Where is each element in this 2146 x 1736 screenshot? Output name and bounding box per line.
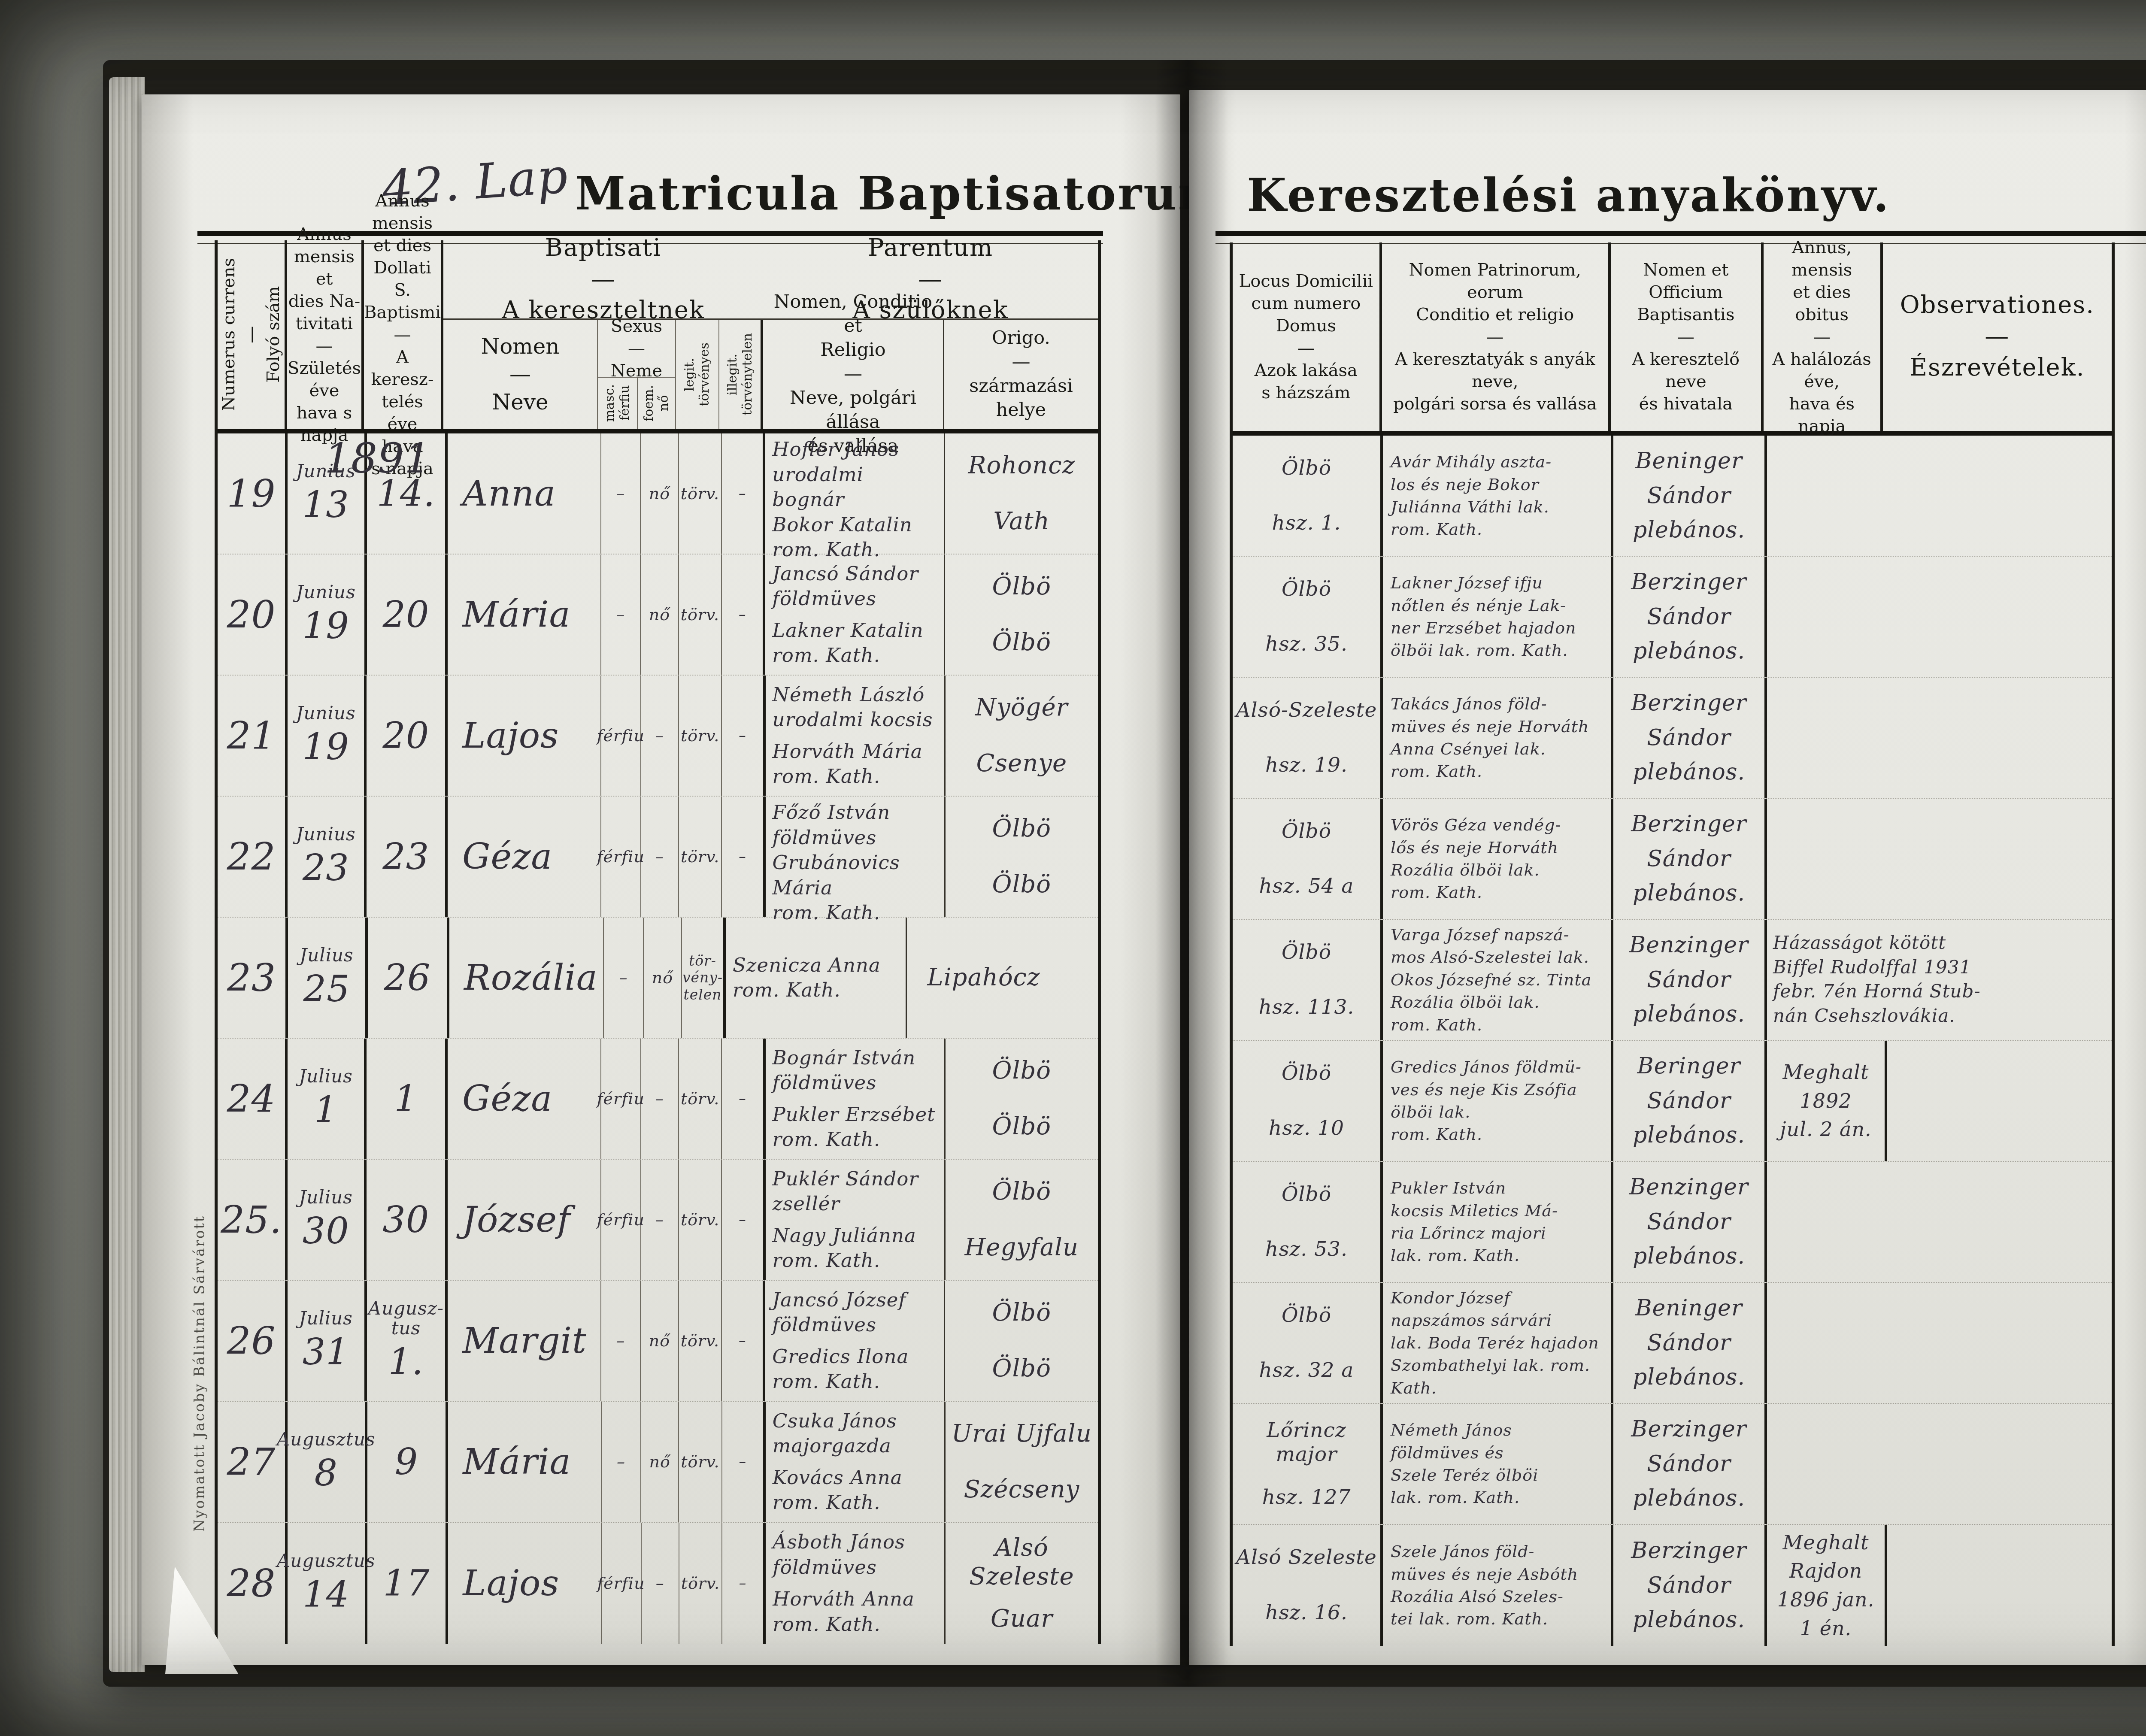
register-row: Ölbö hsz. 35. Lakner József ifju nőtlen … (1233, 557, 2112, 678)
sex-male-mark: – (601, 1281, 641, 1401)
register-row: 20 Junius 19 20 Mária – nő törv. – Jancs… (218, 554, 1098, 676)
col-origin-label: Origo. — származási helye (944, 326, 1098, 422)
row-number: 20 (218, 554, 288, 675)
baptism-date-cell: 17 (367, 1523, 448, 1644)
register-row: Ölbö hsz. 113. Varga József napszá- mos … (1233, 920, 2112, 1041)
col-observations-label: Observationes. — Észrevételek. (1900, 290, 2094, 383)
birth-month: Junius (296, 703, 356, 723)
residence-cell: Ölbö hsz. 53. (1233, 1162, 1383, 1282)
col-legitimate-label: legit. törvényes (682, 342, 712, 406)
col-illegitimate-label: illegit. törvénytelen (725, 333, 755, 415)
baptism-table-left: Numerus currens — Folyó szám Annus mensi… (215, 240, 1101, 1644)
col-baptism-date: Annus mensis et dies Dollati S. Baptismi… (364, 240, 443, 429)
parentum-group-body: Nomen, Conditio et Religio — Neve, polgá… (763, 320, 1098, 429)
sex-male-mark: férfiu (601, 676, 641, 796)
father-origin: Lipahócz (928, 963, 1040, 992)
row-number: 22 (218, 797, 288, 917)
birth-day: 30 (303, 1210, 349, 1252)
year-annotation: 1891 (324, 434, 431, 482)
illegitimate-mark: – (722, 1039, 765, 1159)
col-death: Annus, mensis et dies obitus — A haláloz… (1764, 242, 1883, 431)
illegitimate-mark: – (722, 1523, 766, 1644)
birth-day: 23 (303, 847, 349, 889)
house-number: hsz. 10 (1269, 1116, 1344, 1140)
baptized-name: Géza (448, 1039, 601, 1159)
baptisati-group-body: Nomen — Neve Sexus — Neme masc. férfiu f… (443, 320, 763, 429)
baptism-day: 9 (395, 1441, 418, 1483)
house-number: hsz. 16. (1265, 1601, 1348, 1625)
left-table-body: 19 1891 Junius 13 14. Anna – nő törv. – … (218, 433, 1098, 1644)
house-number: hsz. 32 a (1259, 1358, 1354, 1382)
mother-entry: Kovács Anna rom. Kath. (773, 1465, 942, 1515)
legitimate-mark: törv. (679, 1281, 722, 1401)
legitimate-mark: törv. (679, 433, 722, 554)
illegitimate-mark: – (722, 1160, 765, 1280)
baptism-date-cell: 20 (367, 676, 448, 796)
sex-female-mark: nő (641, 554, 679, 675)
death-note: Meghalt Rajdon 1896 jan. 1 én. (1767, 1525, 1887, 1646)
col-sex-male-label: masc. férfiu (603, 384, 632, 422)
parents-cell: Csuka János majorgazda Kovács Anna rom. … (766, 1402, 946, 1522)
birth-month: Augusztus (277, 1430, 375, 1449)
legitimate-mark: törv. (679, 797, 722, 917)
father-origin: Nyögér (975, 693, 1068, 722)
row-number: 19 (218, 433, 288, 554)
register-row: Ölbö hsz. 54 a Vörös Géza vendég- lős és… (1233, 799, 2112, 920)
birth-month: Augusztus (277, 1551, 375, 1571)
register-row: 21 Junius 19 20 Lajos férfiu – törv. – N… (218, 676, 1098, 797)
col-name: Nomen — Neve (443, 320, 598, 429)
legitimate-mark: törv. (679, 1039, 722, 1159)
baptizer-entry: Berzinger Sándor plebános. (1613, 678, 1767, 798)
illegitimate-mark: – (722, 676, 765, 796)
mother-origin: Ölbö (992, 1112, 1051, 1141)
baptism-day: 17 (383, 1562, 430, 1604)
godparents-entry: Szele János föld- müves és neje Asbóth R… (1383, 1525, 1613, 1646)
sex-female-mark: – (642, 1523, 679, 1644)
father-origin: Ölbö (992, 1056, 1051, 1085)
register-row: Ölbö hsz. 32 a Kondor József napszámos s… (1233, 1283, 2112, 1404)
birth-day: 8 (315, 1452, 338, 1494)
residence-cell: Lőrincz major hsz. 127 (1233, 1404, 1383, 1524)
birth-day: 25 (303, 968, 350, 1010)
baptism-table-right: Locus Domicilii cum numero Domus — Azok … (1230, 242, 2115, 1646)
mother-entry: Lakner Katalin rom. Kath. (772, 618, 941, 668)
residence-place: Alsó Szeleste (1236, 1545, 1377, 1569)
sex-group-body: masc. férfiu foem. nő (598, 378, 675, 429)
sex-female-mark: – (641, 797, 679, 917)
parents-cell: Jancsó József földmüves Gredics Ilona ro… (765, 1281, 945, 1401)
baptized-name: Rozália (449, 918, 604, 1038)
row-number: 26 (218, 1281, 288, 1401)
baptism-day: 1 (394, 1078, 418, 1120)
col-illegitimate: illegit. törvénytelen (719, 320, 763, 429)
legitimate-mark: törv. (679, 1160, 722, 1280)
right-page: Keresztelési anyakönyv. Locus Domicilii … (1189, 90, 2146, 1665)
origin-cell: Urai Ujfalu Szécseny (946, 1402, 1098, 1522)
row-number: 21 (218, 676, 288, 796)
birth-month: Julius (300, 945, 353, 965)
baptized-name: József (448, 1160, 601, 1280)
father-entry: Puklér Sándor zsellér (773, 1166, 942, 1217)
birth-date-cell: Junius 19 (288, 676, 367, 796)
col-baptizer: Nomen et Officium Baptisantis — A keresz… (1611, 242, 1764, 431)
parents-cell: Főző István földmüves Grubánovics Mária … (766, 797, 946, 917)
sex-male-mark: – (601, 433, 641, 554)
house-number: hsz. 54 a (1259, 874, 1354, 898)
baptizer-entry: Berzinger Sándor plebános. (1613, 1404, 1767, 1524)
baptisati-group-title: Baptisati — A kereszteltnek (443, 240, 763, 320)
mother-origin: Ölbö (992, 870, 1051, 899)
register-row: Ölbö hsz. 1. Avár Mihály aszta- los és n… (1233, 436, 2112, 557)
residence-place: Ölbö (1282, 577, 1331, 601)
illegitimate-mark: – (722, 433, 765, 554)
mother-origin: Vath (994, 507, 1050, 536)
baptizer-entry: Beninger Sándor plebános. (1613, 436, 1767, 556)
father-origin: Ölbö (992, 814, 1051, 843)
birth-month: Julius (299, 1066, 352, 1086)
baptized-name: Lajos (448, 676, 601, 796)
row-number: 27 (218, 1402, 288, 1522)
birth-date-cell: Augusztus 14 (288, 1523, 367, 1644)
right-table-header: Locus Domicilii cum numero Domus — Azok … (1233, 242, 2112, 436)
sex-female-mark: nő (644, 918, 682, 1038)
col-birth-label: Annus mensis et dies Na- tivitati — Szül… (287, 223, 361, 446)
house-number: hsz. 35. (1265, 632, 1348, 656)
baptism-day: 26 (384, 957, 431, 999)
sex-male-mark: férfiu (601, 1160, 641, 1280)
house-number: hsz. 127 (1262, 1485, 1351, 1509)
mother-origin: Szécseny (964, 1475, 1079, 1504)
illegitimate-mark: tör- vény- telen (682, 918, 726, 1038)
origin-cell: Ölbö Ölbö (945, 1281, 1098, 1401)
col-baptizer-label: Nomen et Officium Baptisantis — A keresz… (1611, 259, 1761, 415)
baptizer-entry: Berzinger Sándor plebános. (1613, 557, 1767, 677)
father-entry: Csuka János majorgazda (773, 1409, 942, 1459)
col-numerus-label: Numerus currens — Folyó szám (218, 258, 285, 411)
sex-female-mark: nő (641, 433, 679, 554)
baptized-name: Margit (448, 1281, 601, 1401)
origin-cell: Ölbö Ölbö (945, 554, 1098, 675)
birth-day: 1 (314, 1089, 337, 1131)
parents-cell: Bognár István földmüves Pukler Erzsébet … (766, 1039, 946, 1159)
godparents-entry: Németh János földmüves és Szele Teréz öl… (1383, 1404, 1613, 1524)
father-entry: Jancsó Sándor földmüves (772, 561, 941, 612)
father-entry: Bognár István földmüves (773, 1045, 942, 1096)
mother-origin: Ölbö (992, 628, 1051, 657)
baptized-name: Mária (448, 554, 601, 675)
baptized-name: Géza (448, 797, 601, 917)
sex-male-mark: férfiu (601, 1039, 641, 1159)
col-observations: Observationes. — Észrevételek. (1883, 242, 2112, 431)
residence-place: Lőrincz major (1267, 1418, 1346, 1467)
birth-day: 13 (303, 484, 349, 526)
sex-male-mark: – (604, 918, 644, 1038)
father-entry: Jancsó József földmüves (772, 1288, 941, 1338)
origin-cell: Alsó Szeleste Guar (946, 1523, 1098, 1644)
mother-entry: Gredics Ilona rom. Kath. (772, 1344, 941, 1394)
residence-place: Ölbö (1282, 456, 1331, 480)
col-sex-female-label: foem. nő (642, 385, 671, 421)
right-table-body: Ölbö hsz. 1. Avár Mihály aszta- los és n… (1233, 436, 2112, 1646)
page-stack-edge (109, 77, 145, 1672)
birth-month: Junius (296, 824, 356, 844)
birth-day: 14 (303, 1573, 349, 1615)
legitimate-mark: törv. (679, 554, 722, 675)
illegitimate-mark: – (722, 1281, 765, 1401)
sex-male-mark: férfiu (601, 797, 641, 917)
col-parent-names: Nomen, Conditio et Religio — Neve, polgá… (763, 320, 944, 429)
residence-place: Ölbö (1282, 1303, 1331, 1327)
birth-date-cell: Augusztus 8 (288, 1402, 367, 1522)
father-origin: Rohoncz (968, 451, 1075, 480)
baptized-name: Lajos (448, 1523, 601, 1644)
row-number: 28 (218, 1523, 288, 1644)
mother-entry: Horváth Mária rom. Kath. (773, 739, 942, 789)
father-origin: Alsó Szeleste (947, 1533, 1096, 1591)
baptism-day: 1. (388, 1341, 424, 1383)
register-row: Lőrincz major hsz. 127 Németh János föld… (1233, 1404, 2112, 1525)
sex-male-mark: – (601, 554, 641, 675)
legitimate-mark: törv. (679, 676, 722, 796)
father-origin: Ölbö (992, 1177, 1051, 1206)
birth-date-cell: 1891 Junius 13 (288, 433, 367, 554)
godparents-entry: Takács János föld- müves és neje Horváth… (1383, 678, 1613, 798)
birth-date-cell: Julius 1 (288, 1039, 367, 1159)
house-number: hsz. 1. (1272, 511, 1341, 535)
col-sex-male: masc. férfiu (598, 378, 638, 429)
residence-cell: Ölbö hsz. 10 (1233, 1041, 1383, 1161)
baptism-date-cell: 26 (368, 918, 449, 1038)
left-page: 42. Lap Matricula Baptisatorum. Nyomatot… (142, 94, 1180, 1665)
col-godparents-label: Nomen Patrinorum, eorum Conditio et reli… (1382, 259, 1608, 415)
row-number: 24 (218, 1039, 288, 1159)
baptism-date-cell: 30 (367, 1160, 448, 1280)
origin-cell: Rohoncz Vath (945, 433, 1098, 554)
birth-date-cell: Julius 30 (288, 1160, 367, 1280)
parentum-group: Parentum — A szülőknek Nomen, Conditio e… (763, 240, 1098, 429)
baptizer-entry: Berzinger Sándor plebános. (1613, 1525, 1767, 1646)
father-entry: Hofler János urodalmi bognár (772, 437, 941, 512)
sex-male-mark: – (602, 1402, 641, 1522)
residence-cell: Alsó Szeleste hsz. 16. (1233, 1525, 1383, 1646)
col-death-label: Annus, mensis et dies obitus — A haláloz… (1764, 236, 1880, 437)
baptism-date-cell: 1 (367, 1039, 448, 1159)
parents-cell: Németh László urodalmi kocsis Horváth Má… (766, 676, 946, 796)
mother-origin: Guar (991, 1604, 1053, 1633)
row-number: 23 (218, 918, 288, 1038)
residence-cell: Alsó-Szeleste hsz. 19. (1233, 678, 1383, 798)
register-row: 19 1891 Junius 13 14. Anna – nő törv. – … (218, 433, 1098, 554)
godparents-entry: Lakner József ifju nőtlen és nénje Lak- … (1383, 557, 1613, 677)
birth-day: 19 (303, 726, 349, 768)
godparents-entry: Gredics János földmü- ves és neje Kis Zs… (1383, 1041, 1613, 1161)
register-row: 28 Augusztus 14 17 Lajos férfiu – törv. … (218, 1523, 1098, 1644)
residence-place: Ölbö (1282, 1061, 1331, 1085)
col-sex: Sexus — Neme masc. férfiu foem. nő (598, 320, 676, 429)
baptized-name: Anna (448, 433, 601, 554)
mother-origin: Hegyfalu (965, 1233, 1079, 1262)
register-row: 25. Julius 30 30 József férfiu – törv. –… (218, 1160, 1098, 1281)
legitimate-mark: törv. (679, 1523, 722, 1644)
sex-female-mark: nő (641, 1281, 679, 1401)
col-birth-date: Annus mensis et dies Na- tivitati — Szül… (287, 240, 364, 429)
baptisati-group: Baptisati — A kereszteltnek Nomen — Neve… (443, 240, 763, 429)
residence-place: Ölbö (1282, 819, 1331, 843)
register-row: 23 Julius 25 26 Rozália – nő tör- vény- … (218, 918, 1098, 1039)
sex-group-title: Sexus — Neme (598, 320, 675, 378)
origin-cell: Ölbö Ölbö (946, 1039, 1098, 1159)
mother-entry: Grubánovics Mária rom. Kath. (773, 850, 942, 926)
illegitimate-mark: – (722, 554, 765, 675)
register-row: 27 Augusztus 8 9 Mária – nő törv. – Csuk… (218, 1402, 1098, 1523)
register-row: Alsó-Szeleste hsz. 19. Takács János föld… (1233, 678, 2112, 799)
parents-cell: Jancsó Sándor földmüves Lakner Katalin r… (765, 554, 945, 675)
sex-female-mark: – (641, 676, 679, 796)
baptizer-entry: Benzinger Sándor plebános. (1613, 920, 1767, 1040)
house-number: hsz. 113. (1259, 995, 1355, 1019)
father-origin: Ölbö (992, 1298, 1051, 1327)
illegitimate-mark: – (722, 797, 765, 917)
sex-female-mark: – (641, 1160, 679, 1280)
birth-date-cell: Julius 25 (288, 918, 368, 1038)
register-row: 22 Junius 23 23 Géza férfiu – törv. – Fő… (218, 797, 1098, 918)
origin-cell: Lipahócz (907, 918, 1061, 1038)
parents-cell: Puklér Sándor zsellér Nagy Juliánna rom.… (766, 1160, 946, 1280)
father-origin: Ölbö (992, 572, 1051, 601)
mother-entry: Horváth Anna rom. Kath. (773, 1587, 942, 1637)
baptism-date-cell: 9 (367, 1402, 449, 1522)
col-parent-names-label: Nomen, Conditio et Religio — Neve, polgá… (763, 290, 943, 458)
register-book: 42. Lap Matricula Baptisatorum. Nyomatot… (103, 60, 2146, 1687)
father-entry: Főző István földmüves (773, 800, 942, 850)
parents-cell: Szenicza Anna rom. Kath. (726, 918, 907, 1038)
right-page-title: Keresztelési anyakönyv. (1247, 168, 1891, 222)
sex-female-mark: nő (641, 1402, 679, 1522)
origin-cell: Ölbö Hegyfalu (946, 1160, 1098, 1280)
sex-male-mark: férfiu (602, 1523, 642, 1644)
residence-place: Ölbö (1282, 940, 1331, 964)
baptism-date-cell: Augusz- tus 1. (367, 1281, 448, 1401)
birth-date-cell: Julius 31 (288, 1281, 367, 1401)
birth-date-cell: Junius 19 (288, 554, 367, 675)
mother-origin: Csenye (976, 749, 1067, 778)
residence-cell: Ölbö hsz. 1. (1233, 436, 1383, 556)
father-origin: Urai Ujfalu (952, 1419, 1092, 1448)
godparents-entry: Varga József napszá- mos Alsó-Szelestei … (1383, 920, 1613, 1040)
birth-date-cell: Junius 23 (288, 797, 367, 917)
col-numerus: Numerus currens — Folyó szám (218, 240, 287, 429)
birth-month: Julius (299, 1188, 352, 1207)
godparents-entry: Pukler István kocsis Miletics Má- ria Lő… (1383, 1162, 1613, 1282)
parents-cell: Ásboth János földmüves Horváth Anna rom.… (766, 1523, 946, 1644)
origin-cell: Nyögér Csenye (946, 676, 1098, 796)
left-table-header: Numerus currens — Folyó szám Annus mensi… (218, 240, 1098, 433)
baptism-date-cell: 20 (367, 554, 448, 675)
father-entry: Szenicza Anna rom. Kath. (733, 953, 903, 1003)
baptisati-group-label: Baptisati — A kereszteltnek (502, 233, 705, 326)
residence-cell: Ölbö hsz. 54 a (1233, 799, 1383, 919)
baptism-day: 20 (382, 715, 429, 757)
observation-note: Házasságot kötött Biffel Rudolffal 1931 … (1767, 920, 1997, 1040)
residence-cell: Ölbö hsz. 32 a (1233, 1283, 1383, 1403)
residence-cell: Ölbö hsz. 113. (1233, 920, 1383, 1040)
sex-female-mark: – (641, 1039, 679, 1159)
mother-entry: Pukler Erzsébet rom. Kath. (773, 1102, 942, 1152)
birth-day: 31 (303, 1331, 349, 1373)
father-entry: Ásboth János földmüves (773, 1530, 942, 1580)
col-legitimate: legit. törvényes (676, 320, 719, 429)
sex-group-label: Sexus — Neme (611, 315, 662, 382)
birth-month: Junius (296, 582, 356, 602)
house-number: hsz. 19. (1265, 753, 1348, 777)
col-origin: Origo. — származási helye (944, 320, 1098, 429)
baptism-day: 20 (382, 594, 429, 636)
baptized-name: Mária (448, 1402, 601, 1522)
col-residence: Locus Domicilii cum numero Domus — Azok … (1233, 242, 1382, 431)
residence-cell: Ölbö hsz. 35. (1233, 557, 1383, 677)
illegitimate-mark: – (722, 1402, 766, 1522)
residence-place: Ölbö (1282, 1182, 1331, 1206)
death-note: Meghalt 1892 jul. 2 án. (1767, 1041, 1887, 1161)
col-godparents: Nomen Patrinorum, eorum Conditio et reli… (1382, 242, 1611, 431)
mother-entry: Nagy Juliánna rom. Kath. (773, 1223, 942, 1273)
godparents-entry: Avár Mihály aszta- los és neje Bokor Jul… (1383, 436, 1613, 556)
baptizer-entry: Beninger Sándor plebános. (1613, 1283, 1767, 1403)
col-residence-label: Locus Domicilii cum numero Domus — Azok … (1239, 270, 1373, 404)
godparents-entry: Vörös Géza vendég- lős és neje Horváth R… (1383, 799, 1613, 919)
legitimate-mark: törv. (679, 1402, 722, 1522)
register-row: 26 Julius 31 Augusz- tus 1. Margit – nő … (218, 1281, 1098, 1402)
house-number: hsz. 53. (1265, 1237, 1348, 1261)
register-row: Ölbö hsz. 10 Gredics János földmü- ves é… (1233, 1041, 2112, 1162)
col-sex-female: foem. nő (638, 378, 675, 429)
baptism-day: 30 (382, 1199, 429, 1241)
birth-day: 19 (303, 605, 349, 647)
register-row: 24 Julius 1 1 Géza férfiu – törv. – Bogn… (218, 1039, 1098, 1160)
mother-origin: Ölbö (992, 1354, 1051, 1383)
father-entry: Németh László urodalmi kocsis (773, 682, 942, 733)
baptism-month: Augusz- tus (368, 1299, 444, 1338)
parents-cell: Hofler János urodalmi bognár Bokor Katal… (765, 433, 945, 554)
left-page-title: Matricula Baptisatorum. (575, 167, 1246, 220)
baptism-day: 23 (382, 836, 429, 878)
origin-cell: Ölbö Ölbö (946, 797, 1098, 917)
baptism-date-cell: 23 (367, 797, 448, 917)
col-name-label: Nomen — Neve (481, 333, 559, 416)
archival-scan: { "palette":{"paper":"#e9e8e2","ink":"#3… (0, 0, 2146, 1736)
register-row: Alsó Szeleste hsz. 16. Szele János föld-… (1233, 1525, 2112, 1646)
baptizer-entry: Benzinger Sándor plebános. (1613, 1162, 1767, 1282)
residence-place: Alsó-Szeleste (1236, 698, 1377, 722)
printer-imprint: Nyomatott Jacoby Bálintnál Sárvárott (188, 1163, 210, 1584)
row-number: 25. (218, 1160, 288, 1280)
godparents-entry: Kondor József napszámos sárvári lak. Bod… (1383, 1283, 1613, 1403)
birth-month: Julius (299, 1309, 353, 1328)
register-row: Ölbö hsz. 53. Pukler István kocsis Milet… (1233, 1162, 2112, 1283)
baptizer-entry: Beringer Sándor plebános. (1613, 1041, 1767, 1161)
baptizer-entry: Berzinger Sándor plebános. (1613, 799, 1767, 919)
